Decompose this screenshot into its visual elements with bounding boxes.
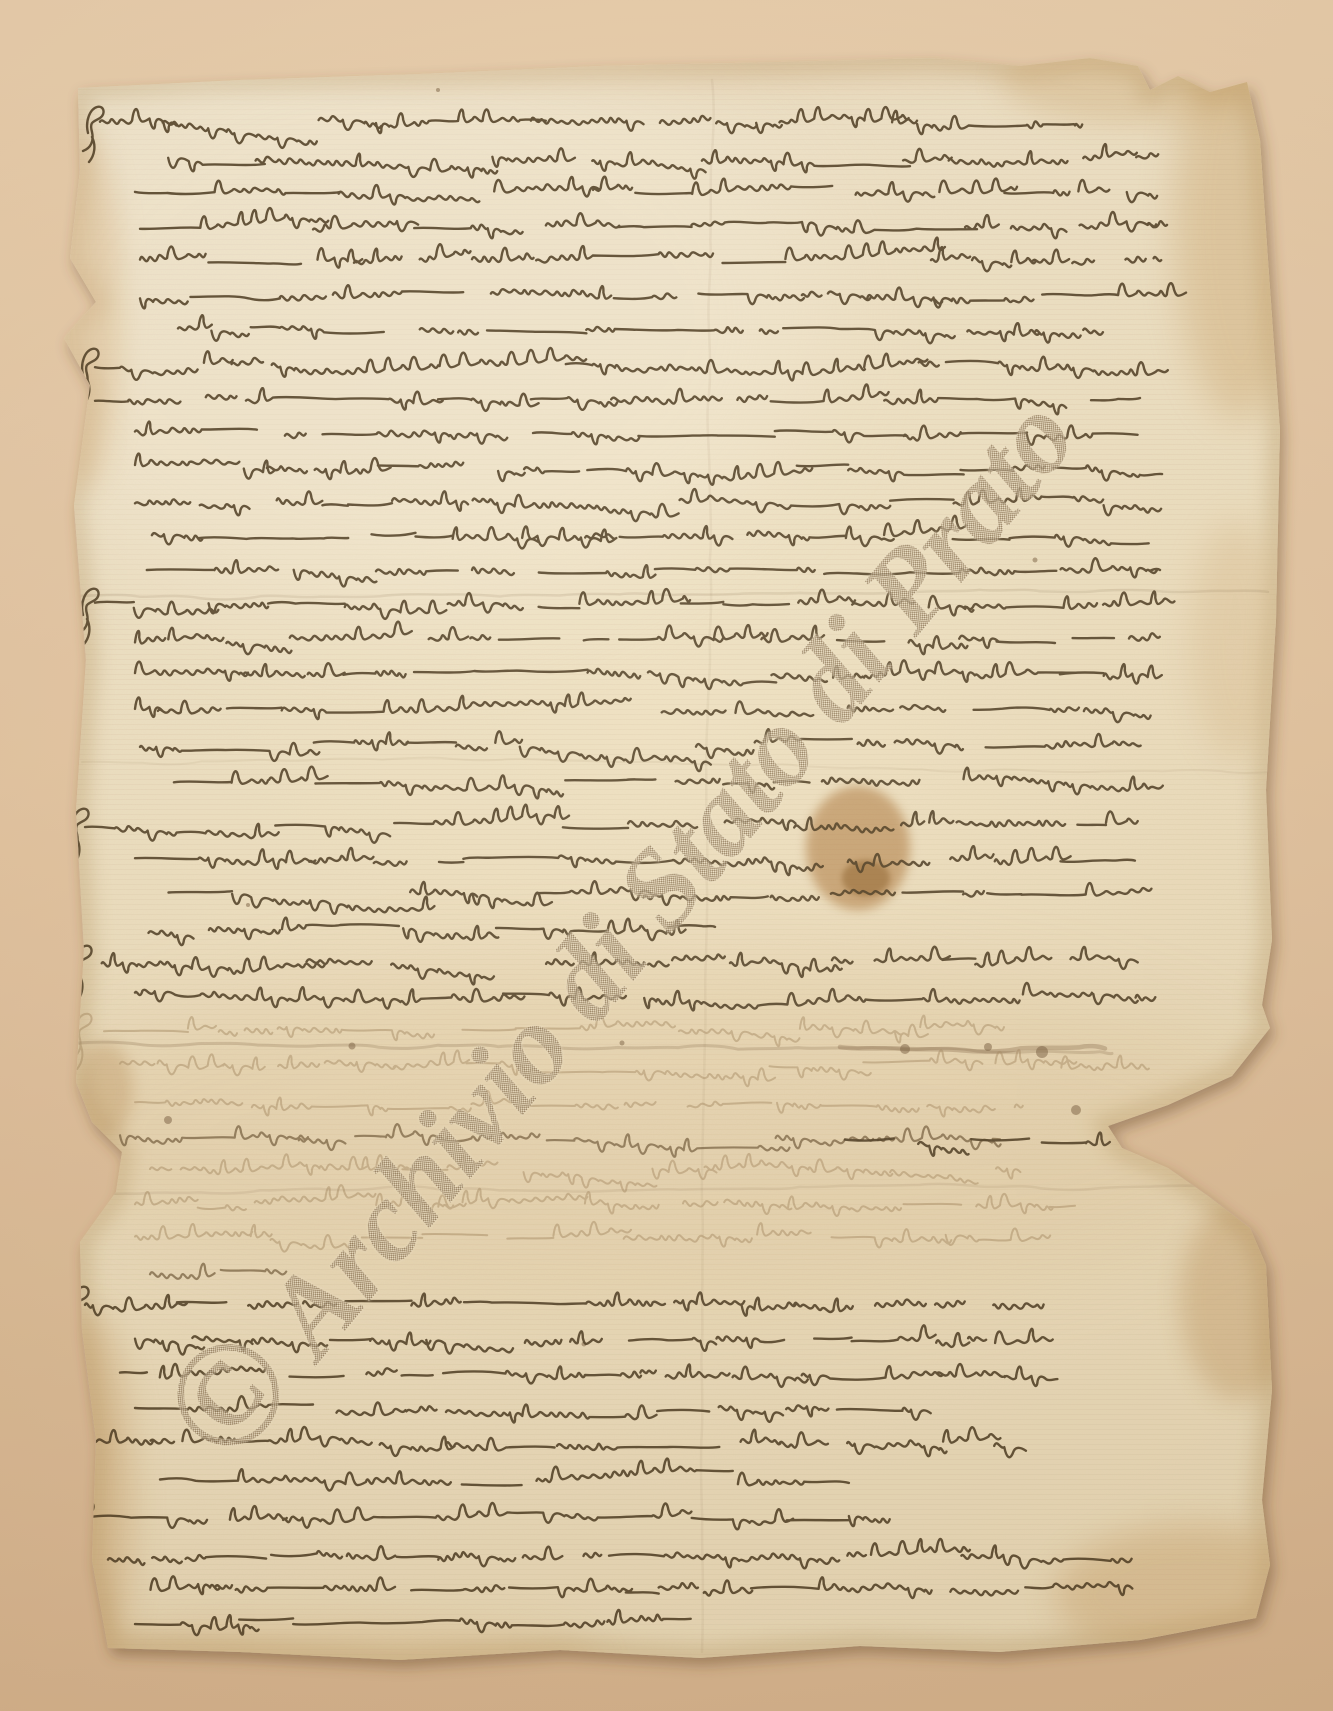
manuscript-scan-stage: © Archivio di Stato di Prato © Archivio … bbox=[0, 0, 1333, 1711]
stain bbox=[1190, 520, 1280, 760]
speck bbox=[436, 88, 440, 92]
speck bbox=[1033, 558, 1038, 563]
stain bbox=[0, 20, 820, 620]
stain bbox=[1180, 1200, 1300, 1400]
speck bbox=[620, 1041, 625, 1046]
paragraph-flourish bbox=[68, 1541, 89, 1596]
paper-surface: © Archivio di Stato di Prato © Archivio … bbox=[0, 0, 1333, 1711]
stain bbox=[1175, 20, 1305, 420]
stain bbox=[1055, 1525, 1333, 1665]
paragraph-flourish bbox=[73, 1502, 94, 1557]
speck bbox=[349, 1043, 356, 1050]
stain bbox=[20, 960, 1300, 1300]
stain bbox=[0, 1620, 600, 1700]
speck bbox=[246, 903, 250, 907]
paragraph-flourish bbox=[68, 1427, 89, 1482]
speck bbox=[900, 1044, 910, 1054]
stain bbox=[77, 1042, 133, 1138]
stain bbox=[44, 130, 120, 490]
stain bbox=[1000, 35, 1280, 125]
speck bbox=[1071, 1105, 1081, 1115]
speck bbox=[1146, 1124, 1154, 1132]
speck bbox=[984, 1043, 992, 1051]
speck bbox=[1036, 1046, 1048, 1058]
speck bbox=[164, 1116, 172, 1124]
manuscript-page: © Archivio di Stato di Prato © Archivio … bbox=[0, 0, 1333, 1711]
